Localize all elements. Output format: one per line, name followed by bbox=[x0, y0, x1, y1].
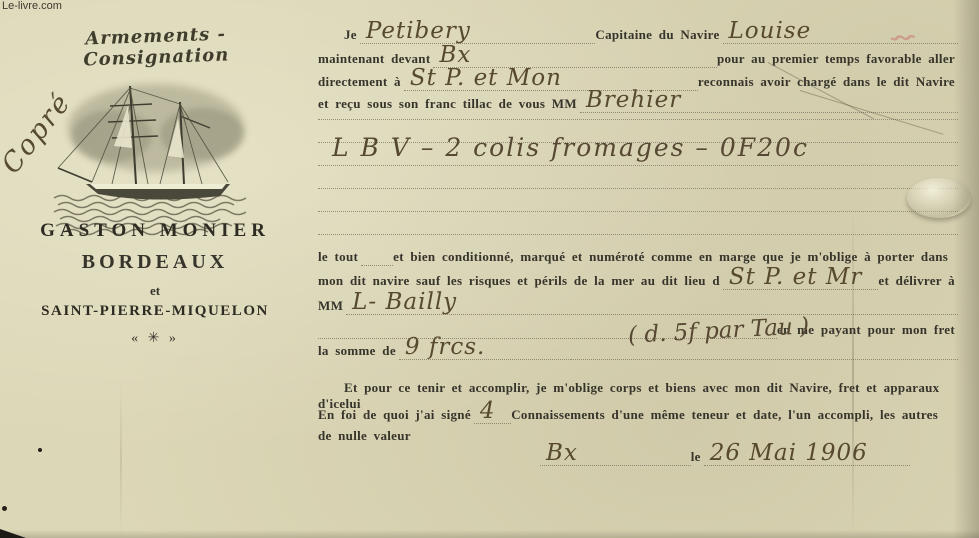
signature-date-row: Bx le 26 Mai 1906 bbox=[540, 438, 910, 466]
ruled-line bbox=[318, 188, 958, 189]
ink-speck bbox=[2, 506, 7, 511]
company-city-secondary: SAINT-PIERRE-MIQUELON bbox=[30, 303, 280, 320]
handwritten-shipper-name: Brehier bbox=[586, 89, 681, 112]
crease-mark bbox=[120, 380, 122, 538]
divider-ornament-icon: « ✳ » bbox=[30, 330, 280, 347]
label-la-somme-de: la somme de bbox=[318, 343, 399, 360]
handwritten-date: 26 Mai 1906 bbox=[710, 442, 868, 465]
freight-amount-field: 9 frcs. bbox=[399, 336, 572, 360]
label-recu-sous-franc-tillac: et reçu sous son franc tillac de vous MM bbox=[318, 96, 580, 113]
handwritten-signature: Bx bbox=[546, 442, 578, 465]
freight-amount-trailing-field bbox=[571, 359, 958, 360]
handwritten-copies-count: 4 bbox=[480, 400, 496, 423]
company-conjunction: et bbox=[30, 283, 280, 299]
site-watermark: Le-livre.com bbox=[2, 0, 62, 12]
shipper-name-field: Brehier bbox=[580, 89, 958, 113]
company-city: BORDEAUX bbox=[30, 251, 280, 274]
form-line-consignee: MM L- Bailly bbox=[318, 289, 958, 315]
ruled-line bbox=[318, 211, 958, 212]
label-et-delivrer-a: et délivrer à bbox=[878, 273, 958, 290]
label-connaissements: Connaissements d'une même teneur et date… bbox=[511, 407, 941, 424]
consignee-name-field: L- Bailly bbox=[346, 291, 958, 315]
label-en-foi-de-quoi: En foi de quoi j'ai signé bbox=[318, 407, 474, 424]
date-field: 26 Mai 1906 bbox=[704, 442, 910, 466]
company-name: GASTON MONIER bbox=[30, 220, 280, 242]
copies-count-field: 4 bbox=[474, 400, 511, 424]
label-risques-et-perils: mon dit navire sauf les risques et péril… bbox=[318, 273, 723, 290]
ruled-line bbox=[318, 234, 958, 235]
ruled-line bbox=[318, 119, 958, 120]
signature-field: Bx bbox=[540, 442, 691, 466]
label-le-date: le bbox=[691, 449, 704, 466]
handwritten-delivery-place: St P. et Mr bbox=[729, 266, 862, 289]
form-line-condition: le tout et bien conditionné, marqué et n… bbox=[318, 240, 958, 266]
form-line-delivery-place: mon dit navire sauf les risques et péril… bbox=[318, 264, 958, 290]
ruled-line bbox=[318, 165, 958, 166]
handwritten-freight-amount: 9 frcs. bbox=[405, 336, 485, 359]
paper-right-edge-shadow bbox=[953, 0, 979, 538]
masthead-tagline: Armements - Consignation bbox=[45, 22, 266, 72]
delivery-place-field: St P. et Mr bbox=[723, 266, 879, 290]
ink-speck bbox=[38, 448, 42, 452]
handwritten-cargo-description: L B V – 2 colis fromages – 0F20c bbox=[332, 133, 809, 162]
crease-mark bbox=[852, 210, 854, 538]
handwritten-consignee-name: L- Bailly bbox=[352, 291, 457, 314]
paper-bottom-edge-shadow bbox=[0, 530, 979, 538]
scanned-bill-of-lading: Le-livre.com Armements - Consignation Co… bbox=[0, 0, 979, 538]
sailing-ship-engraving-icon bbox=[52, 76, 258, 236]
form-line-copies-signed: En foi de quoi j'ai signé 4 Connaissemen… bbox=[318, 398, 958, 424]
